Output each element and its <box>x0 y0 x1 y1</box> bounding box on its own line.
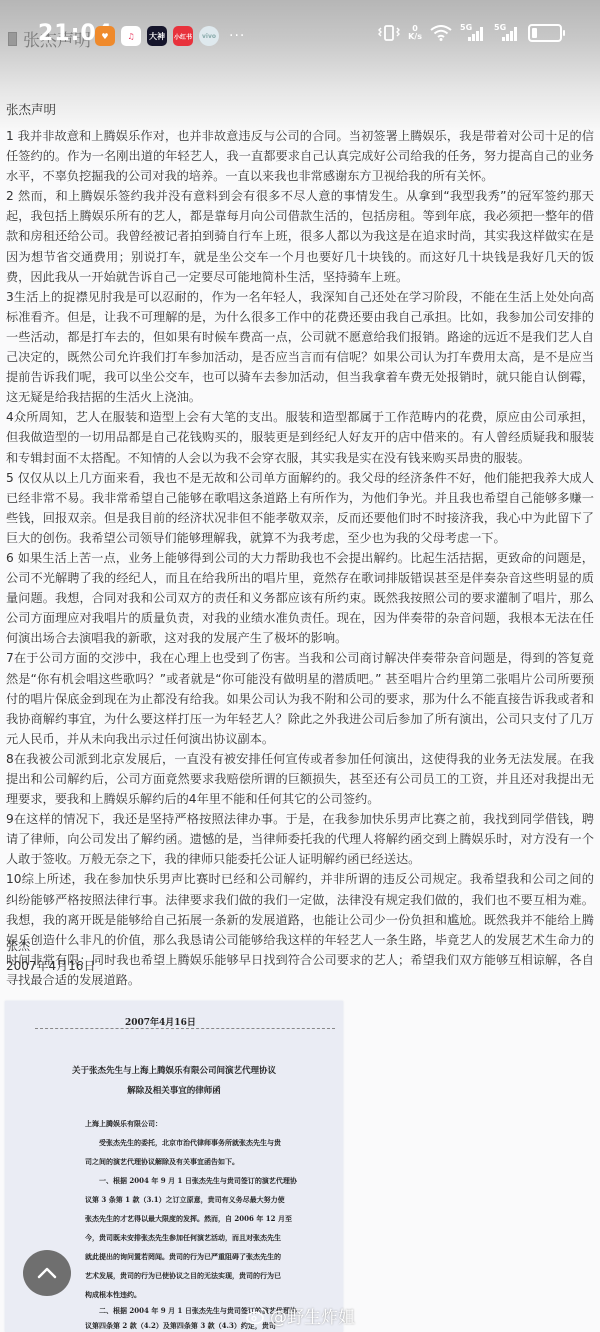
network-speed: 0 K/s <box>408 25 422 41</box>
weibo-watermark: @野生炸姐 <box>246 1303 355 1328</box>
watermark-text: @野生炸姐 <box>270 1303 355 1328</box>
letter-line: 构成根本性违约。 <box>85 1290 315 1300</box>
letter-line: 一、根据 2004 年 9 月 1 日张杰先生与贵司签订的演艺代理协 <box>85 1176 315 1186</box>
letter-line: 就此提出的询问置若罔闻。贵司的行为已严重阻碍了张杰先生的 <box>85 1252 315 1262</box>
letter-line: 今，贵司既未安排张杰先生参加任何演艺活动，而且对张杰先生 <box>85 1233 315 1243</box>
signature-block: 张杰 2007年4月16日 <box>6 936 95 976</box>
music-app-icon: ♫ <box>121 26 141 46</box>
document-title: 张杰声明 <box>6 100 56 118</box>
more-notifications-icon: ··· <box>229 28 245 44</box>
paragraph-7: 7在于公司方面的交涉中，我在心理上也受到了伤害。当我和公司商讨解决伴奏带杂音问题… <box>6 648 594 748</box>
paragraph-5: 5 仅仅从以上几方面来看，我也不是无故和公司单方面解约的。我父母的经济条件不好，… <box>6 468 594 548</box>
paragraph-3: 3生活上的捉襟见肘我是可以忍耐的，作为一名年轻人，我深知自己还处在学习阶段，不能… <box>6 287 594 408</box>
network-speed-unit: K/s <box>408 33 422 41</box>
paragraph-9: 9在这样的情况下，我还是坚持严格按照法律办事。于是，在我参加快乐男声比赛之前，我… <box>6 809 594 869</box>
xiaohongshu-app-icon: 小红书 <box>173 26 193 46</box>
battery-icon <box>528 24 562 42</box>
sim2-network-label: 5G <box>494 23 506 32</box>
signal-sim1-icon: 5G <box>460 25 486 41</box>
letter-line: 受张杰先生的委托，北京市治代律师事务所就张杰先生与贵 <box>85 1138 315 1148</box>
letter-line: 张杰先生的才艺得以最大限度的发挥。然而，自 2006 年 12 月至 <box>85 1214 315 1224</box>
letter-line: 上海上腾娱乐有限公司： <box>85 1119 315 1129</box>
signature-date: 2007年4月16日 <box>6 956 95 976</box>
signal-sim2-icon: 5G <box>494 25 520 41</box>
sim1-network-label: 5G <box>460 23 472 32</box>
letter-line: 司之间的演艺代理协议解除及有关事宜函告如下。 <box>85 1157 315 1167</box>
paragraph-1: 1 我并非故意和上腾娱乐作对，也并非故意违反与公司的合同。当初签署上腾娱乐，我是… <box>6 126 594 186</box>
letter-date: 2007年4月16日 <box>125 1015 196 1028</box>
wifi-icon <box>430 25 452 41</box>
system-indicators: 0 K/s 5G 5G <box>378 24 562 42</box>
status-bar: 张杰声明 21:04 ♥ ♫ 大神 小红书 vivo ··· 0 K/s 5G … <box>0 18 600 56</box>
paragraph-6: 6 如果生活上苦一点，业务上能够得到公司的大力帮助我也不会提出解约。比起生活拮据… <box>6 548 594 648</box>
letter-header-rule <box>35 1028 335 1029</box>
letter-heading-line1: 关于张杰先生与上海上腾娱乐有限公司间演艺代理协议 <box>5 1064 343 1076</box>
letter-line: 议第 3 条第 1 款（3.1）之订立原意，贵司有义务尽最大努力使 <box>85 1195 315 1205</box>
letter-line: 艺术发展，贵司的行为已使协议之目的无法实现，贵司的行为已 <box>85 1271 315 1281</box>
vivo-app-icon: vivo <box>199 26 219 46</box>
weibo-icon <box>246 1307 268 1325</box>
paragraph-4: 4众所周知，艺人在服装和造型上会有大笔的支出。服装和造型都属于工作范畴内的花费，… <box>6 407 594 467</box>
health-app-icon: ♥ <box>95 26 115 46</box>
chevron-up-icon <box>37 1267 57 1279</box>
notification-app-icons: ♥ ♫ 大神 小红书 vivo ··· <box>95 26 245 46</box>
statement-body: 1 我并非故意和上腾娱乐作对，也并非故意违反与公司的合同。当初签署上腾娱乐，我是… <box>6 126 594 990</box>
signature-name: 张杰 <box>6 936 95 956</box>
paragraph-8: 8在我被公司派到北京发展后，一直没有被安排任何宣传或者参加任何演出，这使得我的业… <box>6 749 594 809</box>
vibrate-icon <box>378 25 400 41</box>
document-icon <box>8 32 17 46</box>
paragraph-2: 2 然而，和上腾娱乐签约我并没有意料到会有很多不尽人意的事情发生。从拿到“我型我… <box>6 186 594 286</box>
dashen-app-icon: 大神 <box>147 26 167 46</box>
letter-heading-line2: 解除及相关事宜的律师函 <box>5 1084 343 1096</box>
scroll-to-top-button[interactable] <box>23 1250 71 1296</box>
